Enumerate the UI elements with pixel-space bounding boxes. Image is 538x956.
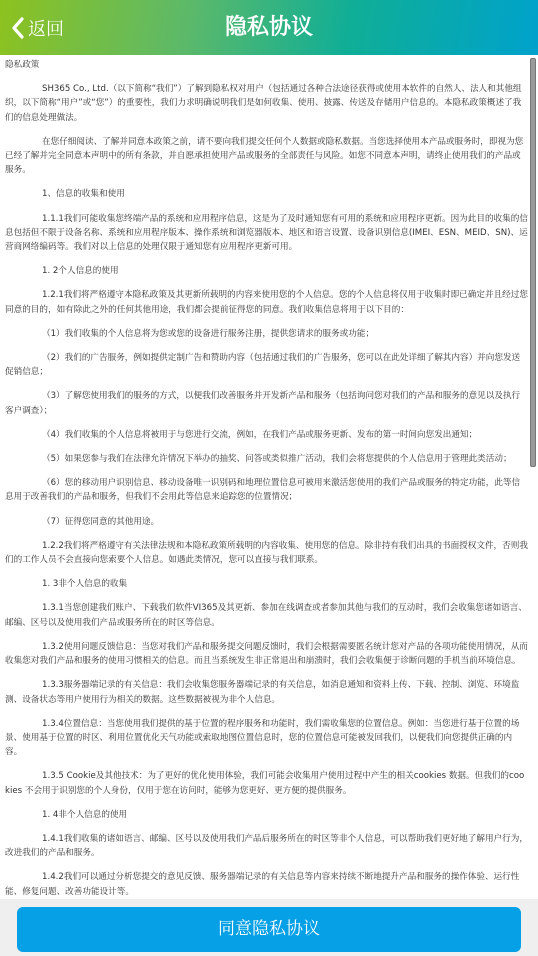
section-heading: 1. 3非个人信息的收集 (5, 577, 530, 591)
policy-paragraph: 1.3.3服务器端记录的有关信息：我们会收集您服务器端记录的有关信息，如消息通知… (5, 678, 530, 706)
top-nav-bar: 返回 隐私协议 (0, 0, 538, 55)
back-button[interactable]: 返回 (10, 14, 64, 42)
policy-paragraph: 在您仔细阅读、了解并同意本政策之前，请不要向我们提交任何个人数据或隐私数据。当您… (5, 135, 530, 178)
policy-paragraph: 1.3.5 Cookie及其他技术：为了更好的优化使用体验，我们可能会收集用户使… (5, 769, 530, 797)
policy-paragraph: 1.4.2我们可以通过分析您提交的意见反馈、服务器端记录的有关信息等内容来持续不… (5, 870, 530, 898)
policy-paragraph: （5）如果您参与我们在法律允许情况下举办的抽奖、问答或类似推广活动，我们会将您提… (5, 452, 530, 466)
policy-paragraph: （4）我们收集的个人信息将被用于与您进行交流，例如，在我们产品或服务更新、发布的… (5, 428, 530, 442)
policy-paragraph: 1.2.1我们将严格遵守本隐私政策及其更新所载明的内容来使用您的个人信息。您的个… (5, 288, 530, 316)
chevron-left-icon (10, 16, 26, 40)
policy-paragraph: （7）征得您同意的其他用途。 (5, 515, 530, 529)
policy-paragraph: 1.3.4位置信息：当您使用我们提供的基于位置的程序服务和功能时，我们需收集您的… (5, 717, 530, 760)
policy-paragraph: 1.4.1我们收集的诸如语言、邮编、区号以及使用我们产品后服务所在的时区等非个人… (5, 832, 530, 860)
policy-paragraph: （6）您的移动用户识别信息、移动设备唯一识别码和地理位置信息可被用来激活您使用的… (5, 476, 530, 504)
policy-paragraph: （2）我们的广告服务，例如提供定制广告和赞助内容（包括通过我们的广告服务，您可以… (5, 351, 530, 379)
section-heading: 1、信息的收集和使用 (5, 187, 530, 201)
policy-paragraph: 1.3.2使用问题反馈信息：当您对我们产品和服务提交问题反馈时，我们会根据需要匿… (5, 640, 530, 668)
page-title: 隐私协议 (0, 0, 538, 55)
section-heading: 1. 4非个人信息的使用 (5, 808, 530, 822)
policy-paragraph: （3）了解您使用我们的服务的方式，以便我们改善服务并开发新产品和服务（包括询问您… (5, 389, 530, 417)
policy-title: 隐私政策 (5, 58, 530, 72)
policy-paragraph: 1.2.2我们将严格遵守有关法律法规和本隐私政策所载明的内容收集、使用您的信息。… (5, 539, 530, 567)
privacy-policy-content[interactable]: 隐私政策SH365 Co., Ltd.（以下简称“我们”）了解到隐私权对用户（包… (0, 55, 530, 899)
policy-paragraph: 1.3.1当您创建我们账户、下载我们软件VI365及其更新、参加在线调查或者参加… (5, 601, 530, 629)
policy-paragraph: SH365 Co., Ltd.（以下简称“我们”）了解到隐私权对用户（包括通过各… (5, 82, 530, 125)
agree-privacy-button[interactable]: 同意隐私协议 (17, 907, 521, 952)
policy-paragraph: 1.1.1我们可能收集您终端产品的系统和应用程序信息，这是为了及时通知您有可用的… (5, 212, 530, 255)
section-heading: 1. 2个人信息的使用 (5, 264, 530, 278)
back-label: 返回 (28, 15, 64, 41)
scrollbar[interactable] (530, 58, 536, 467)
policy-paragraph: （1）我们收集的个人信息将为您或您的设备进行服务注册，提供您请求的服务或功能； (5, 327, 530, 341)
footer-bar: 同意隐私协议 (0, 899, 538, 956)
